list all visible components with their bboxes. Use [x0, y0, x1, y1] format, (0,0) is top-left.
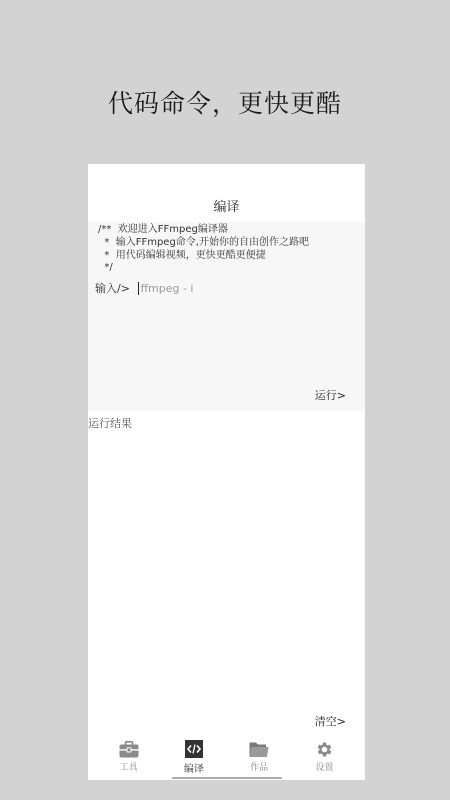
home-indicator[interactable]	[172, 777, 282, 779]
tab-tools[interactable]: 工具	[99, 740, 159, 780]
tab-label: 编译	[184, 760, 204, 775]
tab-compile[interactable]: 编译	[164, 740, 224, 780]
comment-line: */	[98, 262, 309, 275]
tab-label: 设置	[315, 760, 333, 773]
result-output	[88, 430, 365, 730]
code-icon	[184, 740, 204, 758]
toolbox-icon	[119, 740, 139, 758]
phone-screen: 编译 /** 欢迎进入FFmpeg编译器 * 输入FFmpeg命令,开始你的自由…	[88, 164, 365, 780]
command-input-row: 输入/>	[95, 280, 290, 296]
bottom-tab-bar: 工具 编译 作品	[88, 740, 365, 780]
tab-settings[interactable]: 设置	[294, 740, 354, 780]
comment-line: * 用代码编辑视频，更快更酷更便捷	[98, 250, 309, 263]
promo-title: 代码命令，更快更酷	[0, 84, 450, 120]
result-label: 运行结果	[88, 415, 132, 431]
run-button[interactable]: 运行>	[315, 387, 346, 403]
tab-label: 工具	[120, 760, 138, 773]
command-input[interactable]	[140, 282, 290, 295]
text-cursor	[138, 282, 140, 295]
input-prompt: 输入/>	[95, 280, 130, 296]
tab-works[interactable]: 作品	[229, 740, 289, 780]
comment-line: /** 欢迎进入FFmpeg编译器	[98, 224, 309, 237]
page-title: 编译	[88, 196, 365, 215]
comment-line: * 输入FFmpeg命令,开始你的自由创作之路吧	[98, 237, 309, 250]
code-editor[interactable]: /** 欢迎进入FFmpeg编译器 * 输入FFmpeg命令,开始你的自由创作之…	[88, 222, 365, 411]
clear-button[interactable]: 清空>	[315, 713, 346, 729]
gear-icon	[314, 740, 334, 758]
tab-label: 作品	[250, 760, 268, 773]
welcome-comment: /** 欢迎进入FFmpeg编译器 * 输入FFmpeg命令,开始你的自由创作之…	[98, 224, 309, 275]
folder-icon	[249, 740, 269, 758]
